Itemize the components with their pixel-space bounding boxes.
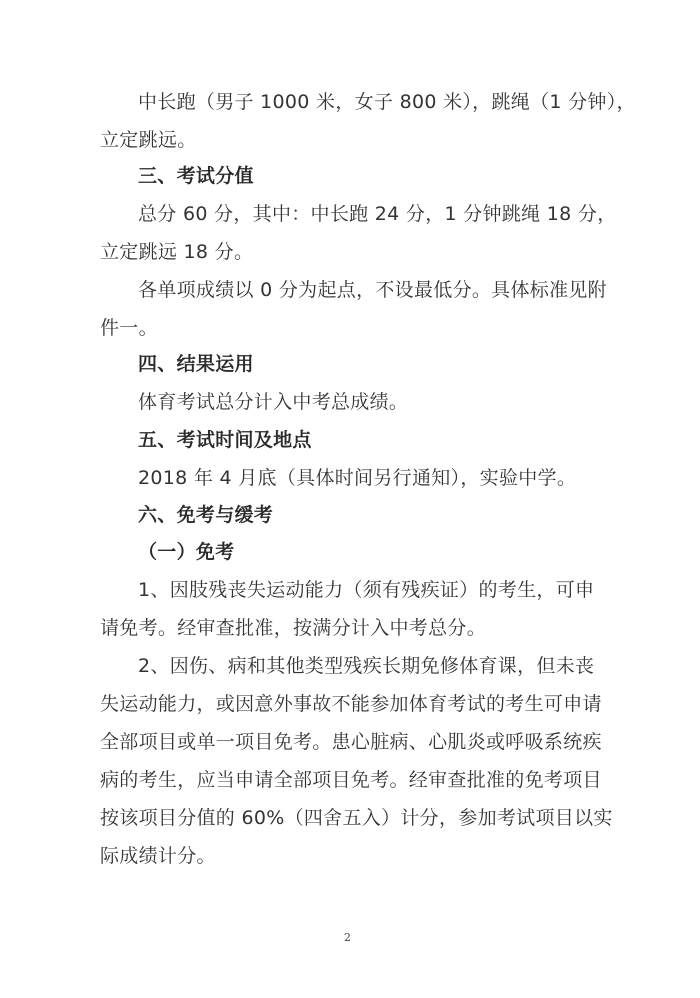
body-text-line: 2018 年 4 月底（具体时间另行通知），实验中学。 bbox=[138, 466, 576, 490]
page-number: 2 bbox=[344, 931, 351, 944]
body-text-line: 失运动能力，或因意外事故不能参加体育考试的考生可申请 bbox=[100, 692, 602, 716]
section-heading-time-location: 五、考试时间及地点 bbox=[138, 428, 312, 452]
body-text-line: 按该项目分值的 60%（四舍五入）计分，参加考试项目以实 bbox=[100, 806, 613, 830]
document-page: 中长跑（男子 1000 米，女子 800 米），跳绳（1 分钟）， 立定跳远。 … bbox=[0, 0, 700, 998]
body-text-line: 中长跑（男子 1000 米，女子 800 米），跳绳（1 分钟）， bbox=[138, 90, 636, 114]
body-text-line: 请免考。经审查批准，按满分计入中考总分。 bbox=[100, 616, 486, 640]
subsection-heading-exemption: （一）免考 bbox=[138, 540, 235, 564]
body-text-line: 体育考试总分计入中考总成绩。 bbox=[138, 390, 408, 414]
body-text-line: 件一。 bbox=[100, 316, 158, 340]
body-text-line: 2、因伤、病和其他类型残疾长期免修体育课，但未丧 bbox=[138, 654, 594, 678]
body-text-line: 立定跳远。 bbox=[100, 128, 197, 152]
body-text-line: 各单项成绩以 0 分为起点，不设最低分。具体标准见附 bbox=[138, 278, 607, 302]
body-text-line: 总分 60 分，其中：中长跑 24 分，1 分钟跳绳 18 分， bbox=[138, 202, 617, 226]
section-heading-result-use: 四、结果运用 bbox=[138, 352, 254, 376]
body-text-line: 际成绩计分。 bbox=[100, 844, 216, 868]
body-text-line: 立定跳远 18 分。 bbox=[100, 240, 253, 264]
body-text-line: 全部项目或单一项目免考。患心脏病、心肌炎或呼吸系统疾 bbox=[100, 730, 602, 754]
body-text-line: 病的考生，应当申请全部项目免考。经审查批准的免考项目 bbox=[100, 768, 602, 792]
section-heading-exemption-deferral: 六、免考与缓考 bbox=[138, 503, 273, 527]
section-heading-exam-score: 三、考试分值 bbox=[138, 164, 254, 188]
body-text-line: 1、因肢残丧失运动能力（须有残疾证）的考生，可申 bbox=[138, 578, 594, 602]
